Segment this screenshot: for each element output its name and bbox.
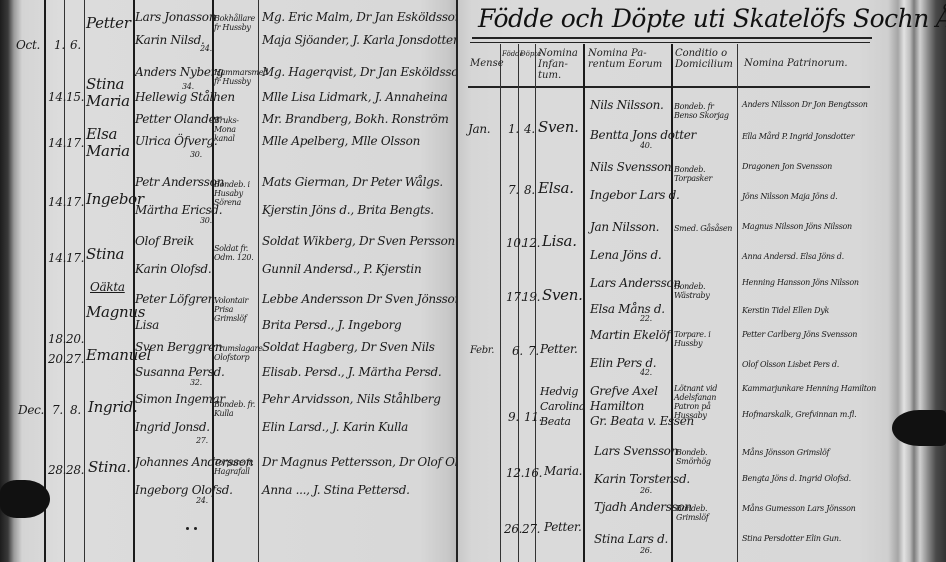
entry-father: Peter Löfgren <box>135 292 215 306</box>
entry-child-name: Petter. <box>544 520 582 534</box>
entry-month: Dec. <box>18 403 44 417</box>
entry-father: Lars Svensson <box>594 444 678 458</box>
entry-baptized-day: 17. <box>66 251 84 265</box>
entry-godparents: Kammarjunkare Henning Hamilton <box>742 384 876 393</box>
entry-child-name: Elsa Maria <box>86 126 132 160</box>
entry-child-note: Oäkta <box>90 280 125 294</box>
entry-condition: Bondeb. Wästraby <box>674 282 736 300</box>
entry-mother: Elsa Måns d. <box>590 302 665 316</box>
entry-child-name: Hedvig Carolina Beata <box>540 384 584 429</box>
entry-godparents: Mats Gierman, Dr Peter Wålgs. <box>262 175 443 189</box>
column-rule <box>500 44 501 562</box>
entry-born-day: 6. <box>512 344 523 358</box>
entry-baptized-day: 27. <box>522 522 540 536</box>
entry-godparents: Soldat Hagberg, Dr Sven Nils <box>262 340 435 354</box>
entry-godparents: Pehr Arvidsson, Nils Ståhlberg <box>262 392 441 406</box>
entry-born-day: 7. <box>52 403 63 417</box>
entry-father: Petr Andersson <box>135 175 224 189</box>
entry-condition: Bondeb. i Husaby Sörena <box>214 180 258 207</box>
entry-month: Oct. <box>16 38 40 52</box>
entry-child-name: Petter <box>86 16 131 30</box>
column-rule <box>737 44 738 562</box>
entry-baptized-day: 19. <box>522 290 540 304</box>
entry-born-day: 14. <box>48 136 66 150</box>
entry-mother: Märtha Ericsd. <box>135 203 222 217</box>
entry-child-name: Sven. <box>538 120 579 134</box>
entry-godparents: Anna Andersd. Elsa Jöns d. <box>742 252 844 261</box>
entry-child-name: Ingrid. <box>88 400 137 414</box>
entry-mother: Lena Jöns d. <box>590 248 661 262</box>
entry-condition: Lötnant vid Adelsfanan Patron på Hussaby <box>674 384 736 420</box>
entry-mother: Ingrid Jonsd. <box>135 420 210 434</box>
entry-born-day: 1. <box>508 122 519 136</box>
entry-mother-age: 24. <box>200 44 212 53</box>
entry-mother: Bentta Jons dotter <box>590 128 696 142</box>
entry-mother-age: 34. <box>182 82 194 91</box>
entry-godparents: Magnus Nilsson Jöns Nilsson <box>742 222 852 231</box>
entry-mother-age: 40. <box>640 141 652 150</box>
entry-godparents: Kerstin Tidel Ellen Dyk <box>742 306 829 315</box>
entry-godparents: Anders Nilsson Dr Jon Bengtsson <box>742 100 868 109</box>
entry-godparents: Bengta Jöns d. Ingrid Olofsd. <box>742 474 851 483</box>
column-rule <box>583 44 585 562</box>
entry-baptized-day: 15. <box>66 90 84 104</box>
entry-godparents: Elisab. Persd., J. Märtha Persd. <box>262 365 441 379</box>
entry-father: Simon Ingemar <box>135 392 225 406</box>
entry-born-day: 18. <box>48 332 66 346</box>
entry-godparents: Mlle Apelberg, Mlle Olsson <box>262 134 420 148</box>
entry-godparents: Olof Olsson Lisbet Pers d. <box>742 360 839 369</box>
title-rule <box>472 37 872 39</box>
entry-mother: Karin Torstensd. <box>594 472 690 486</box>
entry-godparents: Dr Magnus Pettersson, Dr Olof Olsson <box>262 455 458 469</box>
entry-godparents: Jöns Nilsson Maja Jöns d. <box>742 192 837 201</box>
entry-born-day: 14. <box>48 251 66 265</box>
entry-child-name: Lisa. <box>542 234 577 248</box>
entry-born-day: 1. <box>54 38 65 52</box>
entry-baptized-day: 17. <box>66 195 84 209</box>
entry-born-day: 14. <box>48 195 66 209</box>
entry-child-name: Stina <box>86 247 124 261</box>
entry-mother: Hellewig Stålhen <box>135 90 235 104</box>
entry-baptized-day: 20. <box>66 332 84 346</box>
entry-father: Nils Svensson <box>590 160 671 174</box>
register-spread: Oct. 1. 6. Petter Lars Jonasson Karin Ni… <box>0 0 946 562</box>
entry-mother: Karin Olofsd. <box>135 262 211 276</box>
entry-month: Jan. <box>468 122 490 136</box>
header-godparents: Nomina Patrinorum. <box>744 58 874 69</box>
entry-godparents: Måns Jönsson Grimslöf <box>742 448 829 457</box>
entry-father: Lars Jonasson <box>135 10 216 24</box>
entry-condition: Torpare fr. Hagrafall <box>214 458 258 476</box>
entry-godparents: Mg. Hagerqvist, Dr Jan Esköldsson <box>262 65 458 79</box>
header-child-name: Nomina Infan-tum. <box>538 48 582 81</box>
entry-mother-age: 30. <box>200 216 212 225</box>
column-rule <box>64 0 65 562</box>
entry-baptized-day: 6. <box>70 38 81 52</box>
entry-born-day: 28. <box>48 463 66 477</box>
entry-father: Grefve Axel Hamilton <box>590 384 670 414</box>
entry-mother-age: 22. <box>640 314 652 323</box>
entry-godparents: Mr. Brandberg, Bokh. Ronström <box>262 112 449 126</box>
entry-godparents: Mlle Lisa Lidmark, J. Annaheina <box>262 90 448 104</box>
entry-baptized-day: 7. <box>528 344 539 358</box>
entry-mother: Lisa <box>135 318 159 332</box>
entry-father: Sven Berggren <box>135 340 222 354</box>
header-born: Födde <box>502 50 518 58</box>
entry-child-name: Elsa. <box>538 181 574 195</box>
column-rule <box>258 0 259 562</box>
entry-born-day: 7. <box>508 183 519 197</box>
header-condition: Conditio o Domicilium <box>675 48 737 70</box>
entry-child-name: Stina Maria <box>86 76 132 110</box>
entry-father: Martin Ekelöf <box>590 328 670 342</box>
entry-condition: Smed. Gåsåsen <box>674 224 736 233</box>
entry-father: Petter Olander <box>135 112 221 126</box>
thumb-holding-page <box>892 410 946 446</box>
entry-condition: Trumslagare Olofstorp <box>214 344 258 362</box>
entry-child-name: Magnus <box>86 305 145 319</box>
entry-condition: Soldat fr. Odm. 120. <box>214 244 258 262</box>
entry-child-name: Petter. <box>540 342 578 356</box>
entry-mother: Ulrica Öfverg. <box>135 134 217 148</box>
entry-father: Jan Nilsson. <box>590 220 659 234</box>
entry-born-day: 26. <box>504 522 522 536</box>
entry-born-day: 14. <box>48 90 66 104</box>
entry-mother: Ingebor Lars d. <box>590 188 680 202</box>
entry-baptized-day: 8. <box>70 403 81 417</box>
entry-baptized-day: 17. <box>66 136 84 150</box>
entry-born-day: 9. <box>508 410 519 424</box>
entry-condition: Bondeb. Smörhög <box>676 448 738 466</box>
entry-godparents: Henning Hansson Jöns Nilsson <box>742 278 859 287</box>
column-rule <box>84 0 85 562</box>
entry-godparents: Stina Persdotter Elin Gun. <box>742 534 841 543</box>
entry-condition: Bruks- Mona kanal <box>214 116 258 143</box>
entry-father: Anders Nyberg <box>135 65 223 79</box>
entry-born-day: 20. <box>48 352 66 366</box>
entry-father: Olof Breik <box>135 234 194 248</box>
left-page: Oct. 1. 6. Petter Lars Jonasson Karin Ni… <box>0 0 458 562</box>
entry-condition: Bondeb. fr. Kulla <box>214 400 258 418</box>
header-month: Mense <box>470 58 500 69</box>
entry-mother-age: 26. <box>640 486 652 495</box>
entry-child-name: Stina. <box>88 460 131 474</box>
entry-godparents: Elin Larsd., J. Karin Kulla <box>262 420 408 434</box>
entry-godparents: Måns Gumesson Lars Jönsson <box>742 504 855 513</box>
entry-godparents: Anna ..., J. Stina Pettersd. <box>262 483 410 497</box>
entry-mother-age: 27. <box>196 436 208 445</box>
entry-mother-age: 42. <box>640 368 652 377</box>
header-baptized: Döpte <box>520 50 536 58</box>
header-rule <box>470 42 870 43</box>
entry-godparents: Kjerstin Jöns d., Brita Bengts. <box>262 203 434 217</box>
entry-mother: Karin Nilsd. <box>135 33 204 47</box>
entry-condition: Volontair Prisa Grimslöf <box>214 296 258 323</box>
column-rule <box>44 0 46 562</box>
thumb-holding-page <box>0 480 50 518</box>
entry-godparents: Ella Mård P. Ingrid Jonsdotter <box>742 132 854 141</box>
header-parents: Nomina Pa-rentum Eorum <box>588 48 670 70</box>
entry-baptized-day: 27. <box>66 352 84 366</box>
entry-father: Nils Nilsson. <box>590 98 664 112</box>
entry-mother-age: 32. <box>190 378 202 387</box>
entry-baptized-day: 12. <box>522 236 540 250</box>
entry-godparents: Maja Sjöander, J. Karla Jonsdotter <box>262 33 458 47</box>
entry-godparents: Gunnil Andersd., P. Kjerstin <box>262 262 421 276</box>
entry-mother-age: 24. <box>196 496 208 505</box>
entry-father: Lars Andersson <box>590 276 681 290</box>
column-rule <box>133 0 135 562</box>
entry-mother: Stina Lars d. <box>594 532 668 546</box>
entry-baptized-day: 8. <box>524 183 535 197</box>
entry-condition: Bokhållare fr Hussby <box>214 14 258 32</box>
entry-mother: Ingeborg Olofsd. <box>135 483 233 497</box>
entry-condition: Bondeb. Grimslöf <box>676 504 738 522</box>
entry-godparents: Brita Persd., J. Ingeborg <box>262 318 401 332</box>
header-rule <box>468 86 870 88</box>
entry-godparents: Soldat Wikberg, Dr Sven Persson <box>262 234 455 248</box>
entry-godparents: Dragonen Jon Svensson <box>742 162 832 171</box>
entry-baptized-day: 16. <box>524 466 542 480</box>
entry-condition: Bondeb. fr Benso Skorjag <box>674 102 736 120</box>
entry-child-name: Sven. <box>542 288 583 302</box>
entry-baptized-day: 4. <box>524 122 535 136</box>
entry-child-name: Maria. <box>544 464 582 478</box>
entry-born-day: 12. <box>506 466 524 480</box>
entry-godparents: Lebbe Andersson Dr Sven Jönsson <box>262 292 458 306</box>
entry-godparents: Mg. Eric Malm, Dr Jan Esköldsson <box>262 10 458 24</box>
ink-dot <box>186 527 189 530</box>
entry-godparents: Petter Carlberg Jöns Svensson <box>742 330 857 339</box>
entry-mother-age: 30. <box>190 150 202 159</box>
entry-godparents: Hofmarskalk, Grefvinnan m.fl. <box>742 410 856 419</box>
page-title: Födde och Döpte uti Skatelöfs Sochn År 1… <box>478 4 946 33</box>
entry-condition: Bondeb. Torpasker <box>674 165 736 183</box>
entry-baptized-day: 28. <box>66 463 84 477</box>
entry-mother: Susanna Persd. <box>135 365 225 379</box>
entry-condition: Hammarsmed fr Hussby <box>214 68 258 86</box>
entry-mother-age: 26. <box>640 546 652 555</box>
ink-dot <box>194 527 197 530</box>
entry-month: Febr. <box>470 344 494 358</box>
entry-condition: Torpare. i Hussby <box>674 330 736 348</box>
